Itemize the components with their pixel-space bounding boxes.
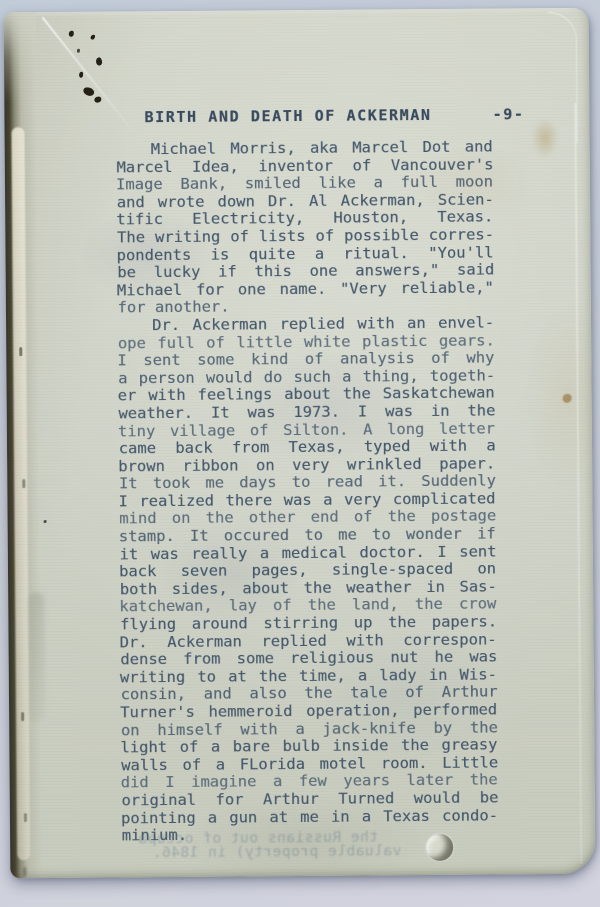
bleed-through-text: the Russians out of occupavaluable prope… bbox=[4, 8, 589, 13]
text-line: be lucky if this one answers," said bbox=[117, 262, 494, 283]
page-number: -9- bbox=[492, 105, 524, 123]
ink-speck bbox=[44, 520, 47, 523]
text-line: consin, and also the tale of Arthur bbox=[121, 684, 498, 705]
grey-smudge bbox=[28, 592, 45, 722]
text-line: for another. bbox=[117, 297, 494, 318]
ink-blotch bbox=[77, 49, 80, 53]
bleed-through-line: valuable property) in 1846. bbox=[152, 843, 401, 861]
text-line: The writing of lists of possible corres- bbox=[117, 226, 494, 247]
ink-blotch bbox=[79, 72, 83, 78]
paragraph: Michael Morris, aka Marcel Dot andMarcel… bbox=[116, 138, 494, 317]
page-title: BIRTH AND DEATH OF ACKERMAN bbox=[144, 106, 431, 126]
text-line: flying around stirring up the papers. bbox=[120, 613, 497, 634]
right-fold-line bbox=[574, 103, 582, 864]
text-line: came back from Texas, typed with a bbox=[119, 438, 496, 459]
ink-blotch bbox=[94, 97, 101, 103]
ink-blotch bbox=[83, 87, 95, 97]
ink-blotch bbox=[95, 57, 103, 66]
zine-page: the Russians out of occupavaluable prope… bbox=[4, 8, 596, 879]
photo-scene: the Russians out of occupavaluable prope… bbox=[0, 0, 600, 907]
spine-dirt-flecks bbox=[19, 347, 22, 356]
text-line: it was really a medical doctor. I sent bbox=[119, 543, 496, 564]
body-text: Michael Morris, aka Marcel Dot andMarcel… bbox=[116, 138, 499, 845]
punch-hole bbox=[426, 834, 453, 861]
paragraph: Dr. Ackerman replied with an envel-ope f… bbox=[117, 314, 498, 845]
ink-blotch bbox=[69, 31, 74, 37]
paper-crease bbox=[42, 17, 138, 137]
brown-speck bbox=[563, 394, 572, 403]
text-line: original for Arthur Turned would be bbox=[121, 789, 498, 810]
text-line: a person would do such a thing, togeth- bbox=[118, 367, 495, 388]
text-line: dense from some religious nut he was bbox=[120, 649, 497, 670]
text-line: on himself with a jack-knife by the bbox=[121, 719, 498, 740]
text-line: It took me days to read it. Suddenly bbox=[119, 473, 496, 494]
yellow-stain bbox=[531, 118, 558, 158]
text-line: and wrote down Dr. Al Ackerman, Scien- bbox=[117, 191, 494, 212]
ink-blotch bbox=[90, 34, 95, 40]
page-header: BIRTH AND DEATH OF ACKERMAN -9- bbox=[144, 105, 524, 126]
